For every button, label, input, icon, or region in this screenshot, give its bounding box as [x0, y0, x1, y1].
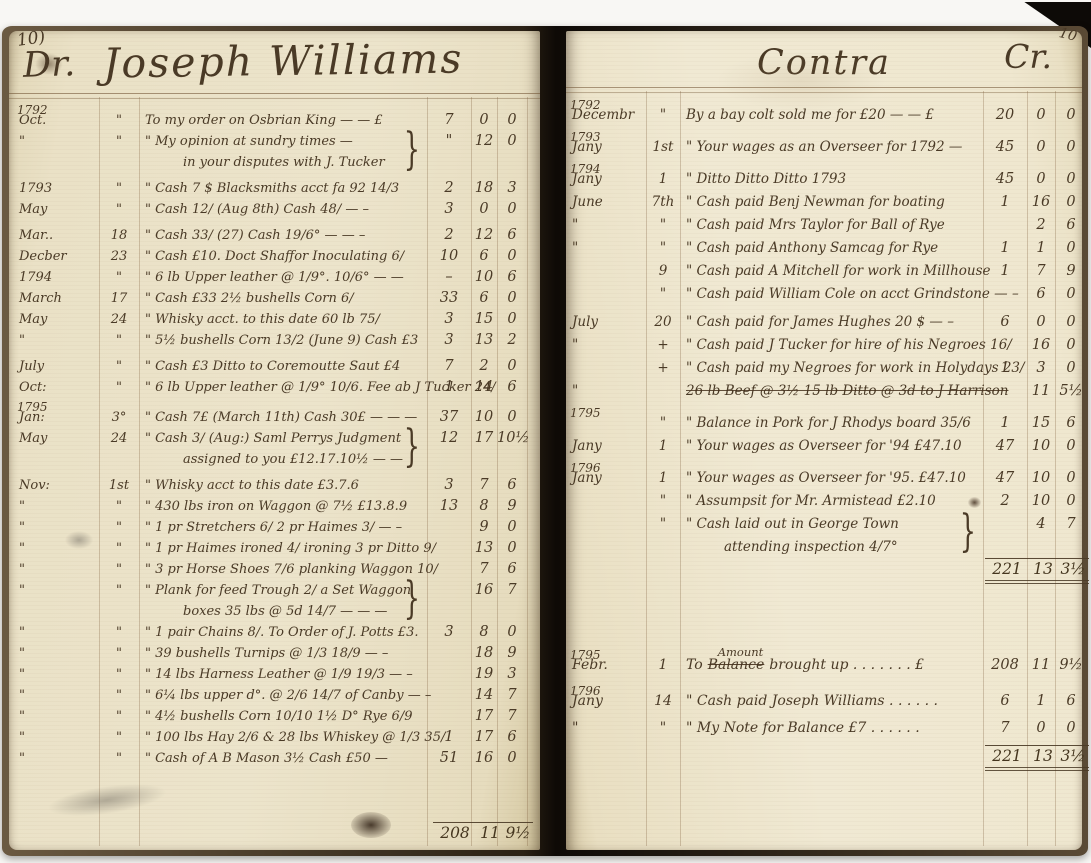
entry-text: " Cash paid J Tucker for hire of his Neg…	[686, 337, 1012, 353]
entry-description: " 100 lbs Hay 2/6 & 28 lbs Whiskey @ 1/3…	[139, 727, 427, 748]
entry-pounds: 2	[983, 490, 1027, 513]
entry-text: " Cash paid William Cole on acct Grindst…	[686, 286, 1019, 302]
entry-month: "	[19, 709, 25, 724]
entry-text: " 4½ bushells Corn 10/10 1½ D° Rye 6/9	[145, 709, 412, 724]
entry-text: " Cash 7£ (March 11th) Cash 30£ — — —	[145, 410, 417, 425]
entry-description: " Whisky acct to this date £3.7.6}	[139, 475, 427, 496]
entry-month: "	[572, 720, 578, 736]
ledger-row: " " " My opinion at sundry times —in you…	[15, 131, 527, 173]
entry-year: 1796	[570, 457, 601, 480]
entry-pounds	[983, 513, 1027, 559]
entry-text: " Assumpsit for Mr. Armistead £2.10	[686, 493, 936, 509]
entry-pence: 9	[1055, 260, 1087, 283]
entry-date: "	[15, 580, 99, 622]
entry-text: " 14 lbs Harness Leather @ 1/9 19/3 — –	[145, 667, 413, 682]
entry-date: "	[15, 727, 99, 748]
entry-month: March	[19, 291, 62, 306]
entry-text: " Ditto Ditto Ditto 1793	[686, 171, 846, 187]
entry-text: " Cash £3 Ditto to Coremoutte Saut £4	[145, 359, 400, 374]
right-entries: 1792Decembr " By a bay colt sold me for …	[568, 95, 1087, 559]
entry-pence: 0	[1055, 283, 1087, 306]
entry-description: " Your wages as Overseer for '94 £47.10}	[680, 435, 983, 458]
entry-description: " Cash paid Mrs Taylor for Ball of Rye}	[680, 214, 983, 237]
left-entries: 1792Oct. " To my order on Osbrian King —…	[15, 101, 527, 769]
entry-year: 1795	[17, 397, 48, 418]
entry-month: 1793	[19, 181, 52, 196]
entry-month: "	[19, 646, 25, 661]
entry-text: " 430 lbs iron on Waggon @ 7½ £13.8.9	[145, 499, 407, 514]
entry-pounds: 3	[427, 199, 471, 220]
entry-date: 1796Jany	[568, 688, 646, 715]
pencil-smudge	[46, 778, 169, 822]
entry-pounds	[427, 706, 471, 727]
entry-shillings: 18	[471, 643, 497, 664]
entry-day: "	[99, 110, 139, 131]
entry-pounds: 1	[983, 237, 1027, 260]
entry-shillings: 15	[1027, 412, 1055, 435]
entry-month: "	[19, 499, 25, 514]
entry-year: 1795	[570, 402, 601, 425]
entry-shillings: 14	[471, 685, 497, 706]
ledger-row: " " " Cash of A B Mason 3½ Cash £50 —} 5…	[15, 748, 527, 769]
account-title: Joseph Williams	[103, 34, 464, 87]
entry-pounds: 2	[427, 225, 471, 246]
entry-year: 1792	[17, 100, 48, 121]
entry-pounds: 12	[427, 428, 471, 470]
entry-shillings: 11	[1027, 380, 1055, 403]
entry-text: " 6 lb Upper leather @ 1/9° 10/6. Fee ab…	[145, 380, 496, 395]
entry-shillings: 16	[471, 580, 497, 622]
entry-date	[568, 357, 646, 380]
entry-description: " 5½ bushells Corn 13/2 (June 9) Cash £3…	[139, 330, 427, 351]
entry-day: "	[99, 377, 139, 398]
entry-shillings: 7	[1027, 260, 1055, 283]
entry-day: "	[99, 664, 139, 685]
entry-description: " Balance in Pork for J Rhodys board 35/…	[680, 412, 983, 435]
entry-day: "	[99, 685, 139, 706]
entry-description: " 6¼ lbs upper d°. @ 2/6 14/7 of Canby —…	[139, 685, 427, 706]
entry-date: May	[15, 309, 99, 330]
entry-date: 1793Jany	[568, 136, 646, 159]
entry-text: " 6 lb Upper leather @ 1/9°. 10/6° — —	[145, 270, 404, 285]
entry-date: "	[568, 334, 646, 357]
ledger-row: " " " 3 pr Horse Shoes 7/6 planking Wagg…	[15, 559, 527, 580]
entry-pounds: 2	[427, 178, 471, 199]
ledger-row: " " " 100 lbs Hay 2/6 & 28 lbs Whiskey @…	[15, 727, 527, 748]
total-row: 208 11 9½	[433, 822, 533, 842]
ledger-row: 1792Decembr " By a bay colt sold me for …	[568, 95, 1087, 127]
entry-description: " Cash paid Benj Newman for boating}	[680, 191, 983, 214]
entry-pence: 6	[497, 727, 527, 748]
ledger-row: Nov: 1st " Whisky acct to this date £3.7…	[15, 475, 527, 496]
entry-date: Jany	[568, 435, 646, 458]
entry-description: " Assumpsit for Mr. Armistead £2.10}	[680, 490, 983, 513]
entry-month: Jany	[572, 438, 602, 454]
ledger-row: 1792Oct. " To my order on Osbrian King —…	[15, 101, 527, 131]
entry-shillings: 10	[1027, 467, 1055, 490]
entry-date: June	[568, 191, 646, 214]
entry-month: "	[572, 337, 578, 353]
entry-day: "	[99, 748, 139, 769]
entry-text: " Your wages as Overseer for '95. £47.10	[686, 470, 966, 486]
entry-shillings: 1	[1027, 237, 1055, 260]
entry-month: July	[572, 314, 598, 330]
entry-pence: 9	[497, 496, 527, 517]
ledger-book: 10) Dr. Joseph Williams 1792Oct. " To my…	[2, 26, 1088, 856]
entry-date: "	[15, 706, 99, 727]
entry-pence: 0	[1055, 715, 1087, 742]
entry-shillings: 0	[471, 199, 497, 220]
entry-month: "	[19, 667, 25, 682]
ledger-row: " " " My Note for Balance £7 . . . . . .…	[568, 715, 1087, 742]
entry-pounds: 7	[983, 715, 1027, 742]
ledger-row: 1794 " " 6 lb Upper leather @ 1/9°. 10/6…	[15, 267, 527, 288]
entry-pounds: 13	[427, 496, 471, 517]
entry-shillings: 7	[471, 475, 497, 496]
entry-text: " 6¼ lbs upper d°. @ 2/6 14/7 of Canby —…	[145, 688, 431, 703]
entry-description: " 6 lb Upper leather @ 1/9° 10/6. Fee ab…	[139, 377, 427, 398]
entry-date: "	[15, 559, 99, 580]
entry-date: "	[15, 131, 99, 173]
entry-pence: 0	[1055, 136, 1087, 159]
entry-month: "	[19, 730, 25, 745]
entry-text: " Cash 12/ (Aug 8th) Cash 48/ — –	[145, 202, 369, 217]
entry-description: " Cash paid William Cole on acct Grindst…	[680, 283, 983, 306]
entry-day: "	[646, 104, 680, 127]
entry-text: " Plank for feed Trough 2/ a Set Waggon	[145, 583, 411, 598]
entry-pounds: 3	[427, 475, 471, 496]
entry-pence: 0	[1055, 490, 1087, 513]
entry-pence: 0	[1055, 237, 1087, 260]
entry-text: " 39 bushells Turnips @ 1/3 18/9 — –	[145, 646, 388, 661]
entry-day: +	[646, 334, 680, 357]
entry-pence: 0	[1055, 191, 1087, 214]
entry-date: 1795Jan:	[15, 407, 99, 428]
entry-shillings: 10	[1027, 490, 1055, 513]
entry-day: +	[646, 357, 680, 380]
entry-text-line2: assigned to you £12.17.10½ — —	[145, 449, 427, 470]
entry-day: 9	[646, 260, 680, 283]
entry-pounds: 7	[427, 356, 471, 377]
entry-pence: 0	[497, 517, 527, 538]
entry-month: "	[572, 217, 578, 233]
entry-description: " Cash £33 2½ bushells Corn 6/}	[139, 288, 427, 309]
entry-description: " Cash paid Anthony Samcag for Rye}	[680, 237, 983, 260]
entry-year: 1796	[570, 678, 601, 705]
entry-day: 17	[99, 288, 139, 309]
entry-date: "	[568, 715, 646, 742]
entry-date: Nov:	[15, 475, 99, 496]
ledger-row: July 20 " Cash paid for James Hughes 20 …	[568, 311, 1087, 334]
entry-pounds: 1	[983, 412, 1027, 435]
left-total-wrap: 208 11 9½	[15, 820, 527, 842]
entry-month: June	[572, 194, 603, 210]
entry-month: "	[19, 751, 25, 766]
entry-date: "	[15, 538, 99, 559]
total-pounds: 221	[985, 560, 1029, 578]
entry-date: "	[15, 748, 99, 769]
entry-shillings: 8	[471, 622, 497, 643]
ledger-row: March 17 " Cash £33 2½ bushells Corn 6/}…	[15, 288, 527, 309]
entry-text: " Whisky acct to this date £3.7.6	[145, 478, 359, 493]
entry-pounds: 10	[427, 246, 471, 267]
entry-date	[568, 260, 646, 283]
entry-year: 1795	[570, 642, 601, 669]
entry-date: "	[568, 214, 646, 237]
entry-date: July	[15, 356, 99, 377]
entry-description: " Cash 3/ (Aug:) Saml Perrys Judgmentass…	[139, 428, 427, 470]
entry-text: " Cash paid for James Hughes 20 $ — –	[686, 314, 954, 330]
entry-description: " 39 bushells Turnips @ 1/3 18/9 — –}	[139, 643, 427, 664]
total-pence: 9½	[503, 824, 533, 842]
entry-date: 1793	[15, 178, 99, 199]
entry-shillings: 12	[471, 131, 497, 173]
entry-text: " Your wages as an Overseer for 1792 —	[686, 139, 962, 155]
entry-text: " Cash £33 2½ bushells Corn 6/	[145, 291, 354, 306]
entry-description: " Whisky acct. to this date 60 lb 75/}	[139, 309, 427, 330]
entry-year: 1792	[570, 94, 601, 117]
entry-day: 1st	[646, 136, 680, 159]
entry-pence: 0	[497, 622, 527, 643]
entry-description: " Cash paid my Negroes for work in Holyd…	[680, 357, 983, 380]
ledger-row: " " " 1 pr Stretchers 6/ 2 pr Haimes 3/ …	[15, 517, 527, 538]
entry-shillings: 2	[471, 356, 497, 377]
entry-shillings: 6	[471, 246, 497, 267]
ledger-row: " " " 6¼ lbs upper d°. @ 2/6 14/7 of Can…	[15, 685, 527, 706]
entry-text: ToAmountBalancebrought up . . . . . . . …	[686, 657, 924, 673]
entry-pence: 0	[1055, 334, 1087, 357]
entry-description: " Cash paid Joseph Williams . . . . . .	[680, 688, 983, 715]
entry-shillings: 17	[471, 428, 497, 470]
entry-day: "	[646, 214, 680, 237]
ledger-row: May " " Cash 12/ (Aug 8th) Cash 48/ — –}…	[15, 199, 527, 220]
entry-day: "	[646, 513, 680, 559]
entry-date: Decber	[15, 246, 99, 267]
entry-month: July	[19, 359, 44, 374]
entry-text: " Cash laid out in George Town	[686, 516, 899, 532]
ledger-row: " " " 4½ bushells Corn 10/10 1½ D° Rye 6…	[15, 706, 527, 727]
entry-pence: 6	[497, 475, 527, 496]
ledger-row: 1796Jany 1 " Your wages as Overseer for …	[568, 458, 1087, 490]
entry-text: " Cash paid my Negroes for work in Holyd…	[686, 360, 1025, 376]
entry-shillings: 0	[471, 110, 497, 131]
entry-day: 18	[99, 225, 139, 246]
entry-pounds: 51	[427, 748, 471, 769]
entry-description: " Plank for feed Trough 2/ a Set Waggonb…	[139, 580, 427, 622]
entry-pounds: 45	[983, 168, 1027, 191]
entry-pence: 0	[1055, 311, 1087, 334]
entry-date	[568, 283, 646, 306]
entry-description: ToAmountBalancebrought up . . . . . . . …	[680, 652, 983, 679]
entry-shillings: 4	[1027, 513, 1055, 559]
entry-day: 1	[646, 168, 680, 191]
entry-pence: 7	[1055, 513, 1087, 559]
entry-text: " Cash 33/ (27) Cash 19/6° — — –	[145, 228, 365, 243]
entry-shillings: 16	[1027, 191, 1055, 214]
entry-date	[568, 513, 646, 559]
entry-date: May	[15, 199, 99, 220]
entry-month: "	[572, 383, 578, 399]
entry-date	[568, 490, 646, 513]
entry-month: May	[19, 202, 47, 217]
entry-date: "	[15, 664, 99, 685]
entry-description: " Cash of A B Mason 3½ Cash £50 —}	[139, 748, 427, 769]
entry-pence: 9½	[1055, 652, 1087, 679]
entry-date: "	[15, 643, 99, 664]
entry-day: "	[99, 356, 139, 377]
entry-text: " 1 pair Chains 8/. To Order of J. Potts…	[145, 625, 418, 640]
gutter-edge-digits	[511, 107, 537, 422]
entry-pounds	[427, 664, 471, 685]
entry-text: " Cash £10. Doct Shaffor Inoculating 6/	[145, 249, 404, 264]
entry-date: May	[15, 428, 99, 470]
entry-description: " 6 lb Upper leather @ 1/9°. 10/6° — —}	[139, 267, 427, 288]
ledger-row: 1796Jany 14 " Cash paid Joseph Williams …	[568, 679, 1087, 715]
entry-pounds: 45	[983, 136, 1027, 159]
entry-text: To my order on Osbrian King — — £	[145, 113, 383, 128]
entry-day: "	[99, 622, 139, 643]
entry-pounds	[427, 580, 471, 622]
entry-pence: 0	[1055, 467, 1087, 490]
entry-day: "	[99, 330, 139, 351]
entry-text: " My Note for Balance £7 . . . . . .	[686, 720, 920, 736]
entry-pence: 6	[1055, 688, 1087, 715]
entry-description: " Cash paid for James Hughes 20 $ — –}	[680, 311, 983, 334]
entry-date: "	[15, 685, 99, 706]
total-pence: 3½	[1057, 747, 1089, 765]
entry-month: "	[19, 562, 25, 577]
brace-mark: }	[404, 423, 420, 472]
entry-date: 1796Jany	[568, 467, 646, 490]
dr-label: Dr.	[22, 44, 75, 86]
total-pounds: 208	[433, 824, 477, 842]
entry-day: "	[99, 199, 139, 220]
entry-text: " Cash paid Mrs Taylor for Ball of Rye	[686, 217, 945, 233]
entry-pence: 6	[497, 559, 527, 580]
entry-pounds: 3	[427, 622, 471, 643]
ledger-row: 9 " Cash paid A Mitchell for work in Mil…	[568, 260, 1087, 283]
ledger-row: " 26 lb Beef @ 3½ 15 lb Ditto @ 3d to J …	[568, 380, 1087, 403]
entry-pounds	[427, 643, 471, 664]
entry-description: " Cash £3 Ditto to Coremoutte Saut £4}	[139, 356, 427, 377]
entry-shillings: 7	[471, 559, 497, 580]
ledger-row: " " " 5½ bushells Corn 13/2 (June 9) Cas…	[15, 330, 527, 351]
ledger-row: June 7th " Cash paid Benj Newman for boa…	[568, 191, 1087, 214]
entry-description: " Cash paid J Tucker for hire of his Neg…	[680, 334, 983, 357]
entry-day: 14	[646, 688, 680, 715]
entry-day: "	[99, 496, 139, 517]
entry-pence: 5½	[1055, 380, 1087, 403]
entry-pounds: 3	[427, 309, 471, 330]
entry-date: "	[15, 622, 99, 643]
entry-day: "	[99, 517, 139, 538]
entry-pence: 10½	[497, 428, 527, 470]
total-pence: 3½	[1057, 560, 1089, 578]
entry-day	[646, 380, 680, 403]
entry-text: " Cash 7 $ Blacksmiths acct fa 92 14/3	[145, 181, 399, 196]
cr-label: Cr.	[1004, 37, 1052, 76]
entry-month: "	[19, 333, 25, 348]
entry-pence: 0	[1055, 104, 1087, 127]
entry-text: " 1 pr Haimes ironed 4/ ironing 3 pr Dit…	[145, 541, 436, 556]
entry-pounds: 37	[427, 407, 471, 428]
entry-shillings: 0	[1027, 715, 1055, 742]
entry-month: "	[19, 520, 25, 535]
entry-pence: 0	[497, 538, 527, 559]
entry-month: Mar..	[19, 228, 53, 243]
entry-pence: 6	[1055, 412, 1087, 435]
entry-date: Oct:	[15, 377, 99, 398]
entry-date: March	[15, 288, 99, 309]
entry-month: "	[19, 541, 25, 556]
ledger-row: 1795Febr. 1 ToAmountBalancebrought up . …	[568, 643, 1087, 679]
entry-day: 1st	[99, 475, 139, 496]
entry-text: " My opinion at sundry times —	[145, 134, 353, 149]
entry-description: " Ditto Ditto Ditto 1793}	[680, 168, 983, 191]
entry-description: " 430 lbs iron on Waggon @ 7½ £13.8.9}	[139, 496, 427, 517]
ledger-row: " " " 1 pair Chains 8/. To Order of J. P…	[15, 622, 527, 643]
entry-date: July	[568, 311, 646, 334]
entry-month: 1794	[19, 270, 52, 285]
entry-day: "	[99, 267, 139, 288]
entry-pounds: –	[427, 267, 471, 288]
entry-shillings: 3	[1027, 357, 1055, 380]
entry-description: " 1 pr Stretchers 6/ 2 pr Haimes 3/ — –}	[139, 517, 427, 538]
entry-shillings: 19	[471, 664, 497, 685]
entry-day: "	[99, 706, 139, 727]
entry-shillings: 13	[471, 330, 497, 351]
entry-day: "	[646, 715, 680, 742]
entry-text: By a bay colt sold me for £20 — — £	[686, 107, 934, 123]
entry-date: Mar..	[15, 225, 99, 246]
entry-description: " 4½ bushells Corn 10/10 1½ D° Rye 6/9}	[139, 706, 427, 727]
entry-description: " Cash 33/ (27) Cash 19/6° — — –}	[139, 225, 427, 246]
entry-text: " 3 pr Horse Shoes 7/6 planking Waggon 1…	[145, 562, 438, 577]
entry-day: "	[99, 727, 139, 748]
entry-month: "	[19, 134, 25, 149]
entry-pence: 7	[497, 685, 527, 706]
entry-day: 24	[99, 428, 139, 470]
entry-shillings: 10	[471, 267, 497, 288]
header-rule	[9, 93, 540, 99]
entry-pounds: 20	[983, 104, 1027, 127]
ledger-row: July " " Cash £3 Ditto to Coremoutte Sau…	[15, 356, 527, 377]
entry-shillings: 6	[471, 288, 497, 309]
ledger-row: " " " Plank for feed Trough 2/ a Set Wag…	[15, 580, 527, 622]
entry-shillings: 16	[1027, 334, 1055, 357]
entry-date: "	[568, 380, 646, 403]
entry-pence: 0	[497, 748, 527, 769]
entry-day: 20	[646, 311, 680, 334]
ledger-row: + " Cash paid my Negroes for work in Hol…	[568, 357, 1087, 380]
ledger-row: 1795 " " Balance in Pork for J Rhodys bo…	[568, 403, 1087, 435]
entry-shillings: 17	[471, 727, 497, 748]
entry-description: " Cash £10. Doct Shaffor Inoculating 6/}	[139, 246, 427, 267]
entry-text-line2: boxes 35 lbs @ 5d 14/7 — — —	[145, 601, 427, 622]
entry-description: " 1 pr Haimes ironed 4/ ironing 3 pr Dit…	[139, 538, 427, 559]
entry-text: " Cash paid Benj Newman for boating	[686, 194, 945, 210]
entry-date: 1794	[15, 267, 99, 288]
entry-year: 1794	[570, 158, 601, 181]
entry-text: " Cash paid Joseph Williams . . . . . .	[686, 693, 938, 709]
ledger-row: " " " 430 lbs iron on Waggon @ 7½ £13.8.…	[15, 496, 527, 517]
entry-shillings: 1	[1027, 688, 1055, 715]
right-total-wrap: 221 13 3½	[568, 555, 1087, 584]
entry-text: " Your wages as Overseer for '94 £47.10	[686, 438, 962, 454]
ledger-row: " " " Cash paid Mrs Taylor for Ball of R…	[568, 214, 1087, 237]
entry-description: " My opinion at sundry times —in your di…	[139, 131, 427, 173]
entry-description: " My Note for Balance £7 . . . . . .	[680, 715, 983, 742]
